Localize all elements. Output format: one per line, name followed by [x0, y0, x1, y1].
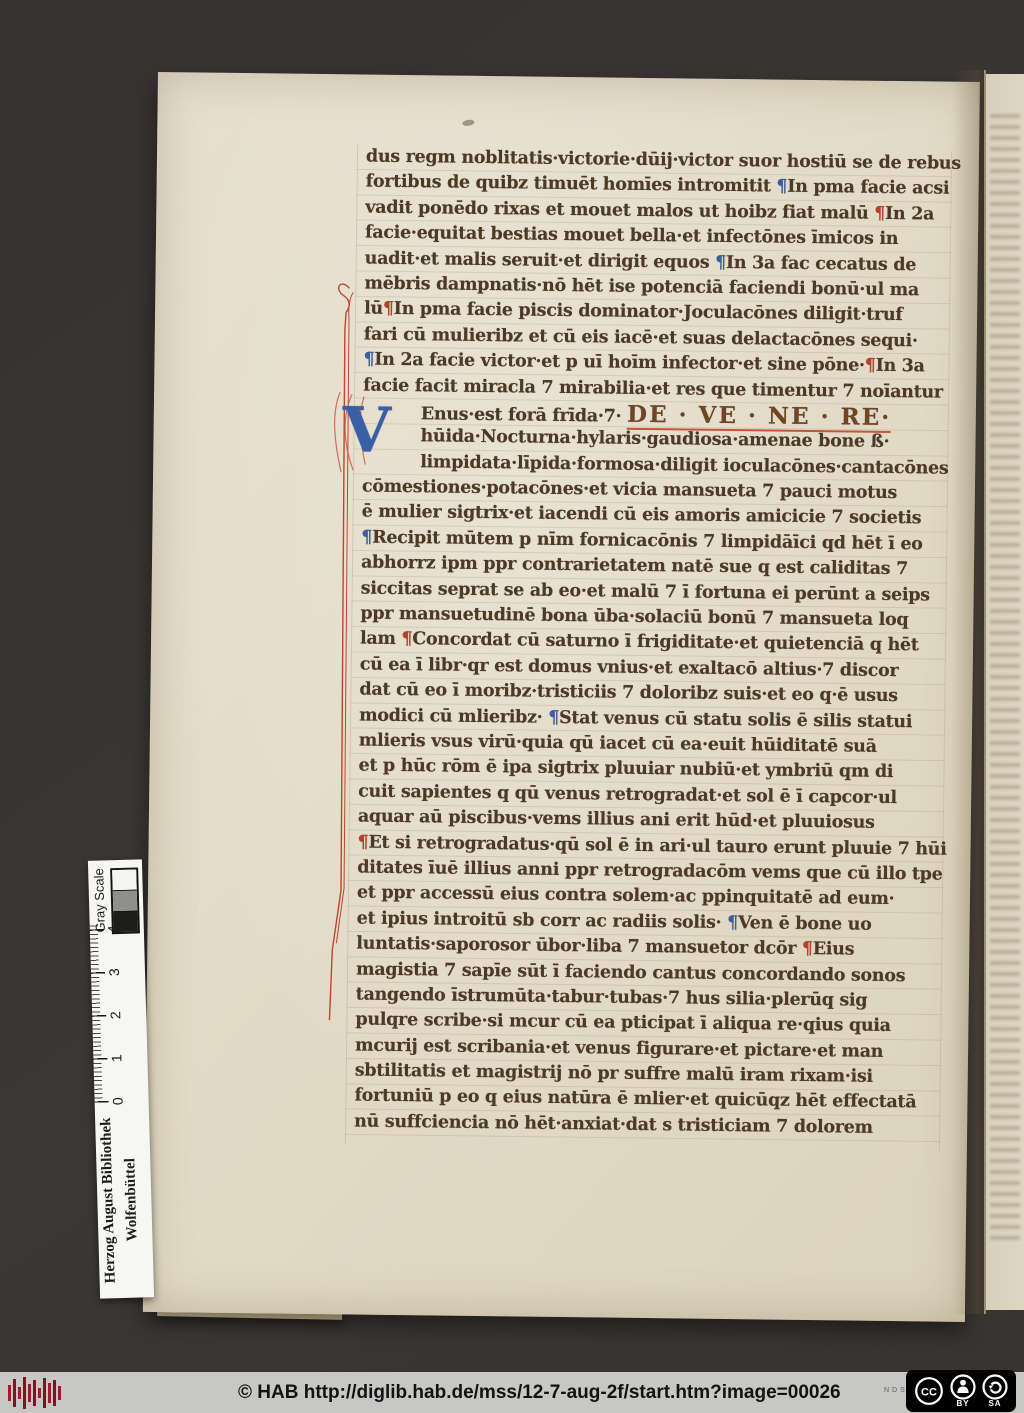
paragraph-mark: ¶	[383, 299, 394, 319]
institution-city: Wolfenbüttel	[121, 1104, 143, 1296]
ruler-number: 1	[108, 1054, 124, 1062]
paragraph-mark: ¶	[357, 832, 368, 852]
facing-page-ghost-text	[990, 114, 1020, 1244]
cc-license-badge[interactable]: CC BY SA	[906, 1370, 1016, 1412]
paragraph-mark: ¶	[361, 527, 372, 547]
facing-page-edge	[986, 74, 1024, 1310]
paragraph-mark: ¶	[363, 350, 374, 370]
manuscript-text: dus regm noblitatis·victorie·dūij·victor…	[345, 144, 952, 1151]
digitized-manuscript-photo: V dus regm noblitatis·victorie·dūij·vict…	[0, 0, 1024, 1413]
grayscale-ruler-card: Herzog August Bibliothek Wolfenbüttel 0 …	[88, 859, 154, 1298]
paragraph-mark: ¶	[727, 913, 738, 933]
ruler-number: 3	[106, 968, 122, 976]
ruler-number: 0	[110, 1097, 126, 1105]
copyright-label: © HAB	[238, 1382, 304, 1404]
paragraph-mark: ¶	[548, 707, 559, 727]
cc-by-label: BY	[956, 1400, 969, 1408]
foliation-smudge	[462, 119, 475, 126]
patch-white	[112, 869, 137, 890]
paragraph-mark: ¶	[715, 252, 726, 272]
paragraph-mark: ¶	[874, 204, 885, 224]
page-gutter-shadow	[952, 70, 984, 1314]
footer-caption: © HAB http://diglib.hab.de/mss/12-7-aug-…	[238, 1372, 841, 1413]
svg-text:CC: CC	[921, 1386, 937, 1398]
paragraph-mark: ¶	[865, 356, 876, 376]
cc-sa-arrow-icon	[982, 1374, 1008, 1400]
paragraph-mark: ¶	[776, 177, 787, 197]
ruler-major-ticks	[90, 924, 109, 1102]
hab-barcode-logo-icon	[6, 1375, 68, 1411]
illuminated-initial: V	[335, 391, 398, 474]
cc-sa-label: SA	[988, 1400, 1001, 1408]
gray-scale-label: Gray Scale	[91, 860, 108, 932]
cc-by-person-icon	[950, 1374, 976, 1400]
cc-icon: CC	[914, 1376, 944, 1406]
institution-name: Herzog August Bibliothek	[98, 1104, 120, 1296]
manuscript-url[interactable]: http://diglib.hab.de/mss/12-7-aug-2f/sta…	[304, 1382, 841, 1404]
patch-black	[113, 910, 138, 932]
photographer-mark: NDS	[884, 1387, 908, 1394]
paragraph-mark: ¶	[401, 629, 412, 649]
gray-scale-patches	[110, 867, 140, 934]
patch-gray	[113, 889, 138, 911]
ruler-number: 2	[107, 1011, 123, 1019]
footer-bar: © HAB http://diglib.hab.de/mss/12-7-aug-…	[0, 1372, 1024, 1413]
manuscript-page: V dus regm noblitatis·victorie·dūij·vict…	[143, 72, 980, 1322]
